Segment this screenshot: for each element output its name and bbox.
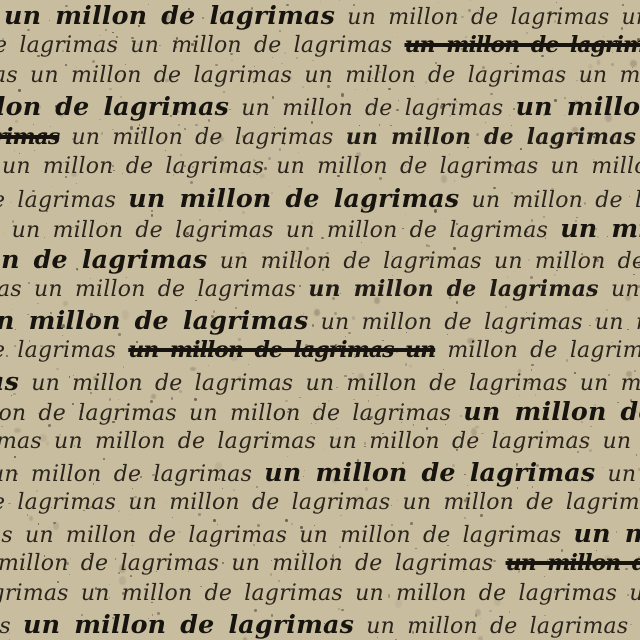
phrase-segment-regular: as un millon de lagrimas un millon de la… xyxy=(0,523,574,548)
phrase-segment-regular: un mi xyxy=(636,125,640,150)
pattern-row: mas un millon de lagrimas un millon de l… xyxy=(0,61,640,91)
pattern-row: n millon de lagrimas un millon de lagrim… xyxy=(0,305,640,335)
pattern-row: rimas un millon de lagrimas un millon de… xyxy=(0,427,640,457)
phrase-segment-strike: un millon de lagrimas xyxy=(405,32,640,58)
phrase-segment-strike: un millon de lagrimas un xyxy=(128,337,435,363)
pattern-row: un millon de lagrimas un millon de lagri… xyxy=(4,0,640,30)
phrase-segment-bold: on de lagrimas xyxy=(0,244,208,274)
phrase-segment-regular: un millon de lagrimas xyxy=(459,188,640,213)
pattern-row: as un millon de lagrimas un millon de la… xyxy=(0,518,640,548)
phrase-segment-bold: un millon de lag xyxy=(463,396,640,426)
phrase-segment-regular: un millon de lagrimas un millon xyxy=(354,614,640,639)
pattern-row: un millon de lagrimas un millon de lagri… xyxy=(0,457,640,487)
phrase-segment-strike: grimas xyxy=(0,124,59,150)
pattern-row: on de lagrimas un millon de lagrimas un … xyxy=(0,244,640,274)
phrase-segment-semibold: un millon de lagrimas xyxy=(346,124,636,150)
phrase-segment-semibold: un millon de lagrimas xyxy=(308,276,598,302)
pattern-row: e lagrimas un millon de lagrimas un mill… xyxy=(0,335,640,365)
pattern-row: millon de lagrimas un millon de lagrimas… xyxy=(0,548,640,578)
phrase-segment-bold: un millon de la xyxy=(516,91,640,121)
pattern-canvas: un millon de lagrimas un millon de lagri… xyxy=(0,0,640,640)
phrase-segment-bold: un millon de lagrimas xyxy=(23,609,354,639)
phrase-segment-bold: as xyxy=(0,366,19,396)
pattern-row: e lagrimas un millon de lagrimas un mill… xyxy=(0,488,640,518)
phrase-segment-regular: e lagrimas xyxy=(0,338,128,363)
pattern-row: lagrimas un millon de lagrimas un millon… xyxy=(0,579,640,609)
phrase-segment-bold: un millon xyxy=(560,213,640,243)
pattern-row: mas un millon de lagrimas un millon de l… xyxy=(0,274,640,304)
pattern-row: e lagrimas un millon de lagrimas un mill… xyxy=(0,30,640,60)
phrase-segment-strike: un millon de xyxy=(506,550,640,576)
phrase-segment-regular: lagrimas un millon de lagrimas un millon… xyxy=(0,581,640,606)
phrase-segment-regular: millon de lagrimas xyxy=(435,338,640,363)
phrase-segment-regular: un millon de lagrimas un millon de xyxy=(308,310,640,335)
phrase-segment-regular: rimas un millon de lagrimas un millon de… xyxy=(0,429,640,454)
phrase-segment-regular: e lagrimas un millon de lagrimas xyxy=(0,33,405,58)
pattern-row: as un millon de lagrimas un millon de la… xyxy=(0,609,640,639)
phrase-segment-regular: un millon de lagrimas un millon de lagri… xyxy=(2,154,640,179)
phrase-segment-bold: un millo xyxy=(574,518,640,548)
phrase-segment-regular: as xyxy=(0,614,23,639)
pattern-row: grimas un millon de lagrimas un millon d… xyxy=(0,122,640,152)
phrase-segment-regular: llon de lagrimas un millon de lagrimas xyxy=(0,401,463,426)
pattern-row: un millon de lagrimas un millon de lagri… xyxy=(2,152,640,182)
phrase-segment-bold: un millon de lagrimas xyxy=(4,0,335,30)
phrase-segment-regular: un mill xyxy=(599,277,640,302)
phrase-segment-regular: mas un millon de lagrimas un millon de l… xyxy=(0,63,640,88)
phrase-segment-regular: un millon de lagrimas xyxy=(229,96,515,121)
pattern-row: e lagrimas un millon de lagrimas un mill… xyxy=(0,183,640,213)
phrase-segment-regular: un millon de lagrimas xyxy=(0,462,264,487)
phrase-segment-regular: un millon de lagrimas xyxy=(59,125,345,150)
pattern-row: s un millon de lagrimas un millon de lag… xyxy=(0,213,640,243)
phrase-segment-regular: mas un millon de lagrimas xyxy=(0,277,308,302)
phrase-segment-regular: millon de lagrimas un millon de lagrimas xyxy=(0,551,506,576)
pattern-row: llon de lagrimas un millon de lagrimas u… xyxy=(0,91,640,121)
pattern-row: as un millon de lagrimas un millon de la… xyxy=(0,366,640,396)
phrase-segment-regular: e lagrimas xyxy=(0,188,128,213)
phrase-segment-regular: s un millon de lagrimas un millon de lag… xyxy=(0,218,560,243)
phrase-segment-bold: n millon de lagrimas xyxy=(0,305,308,335)
phrase-segment-bold: un millon de lagrimas xyxy=(128,183,459,213)
phrase-segment-bold: llon de lagrimas xyxy=(0,91,229,121)
phrase-segment-regular: un millon de lagrimas un millon de lagri… xyxy=(19,371,640,396)
phrase-segment-bold: un millon de lagrimas xyxy=(264,457,595,487)
phrase-segment-regular: un millon d xyxy=(595,462,640,487)
pattern-row: llon de lagrimas un millon de lagrimas u… xyxy=(0,396,640,426)
phrase-segment-regular: e lagrimas un millon de lagrimas un mill… xyxy=(0,490,640,515)
pattern-rows: un millon de lagrimas un millon de lagri… xyxy=(0,0,640,640)
phrase-segment-regular: un millon de lagrimas un millon de lagr xyxy=(208,249,640,274)
phrase-segment-regular: un millon de lagrimas un millon d xyxy=(335,5,640,30)
